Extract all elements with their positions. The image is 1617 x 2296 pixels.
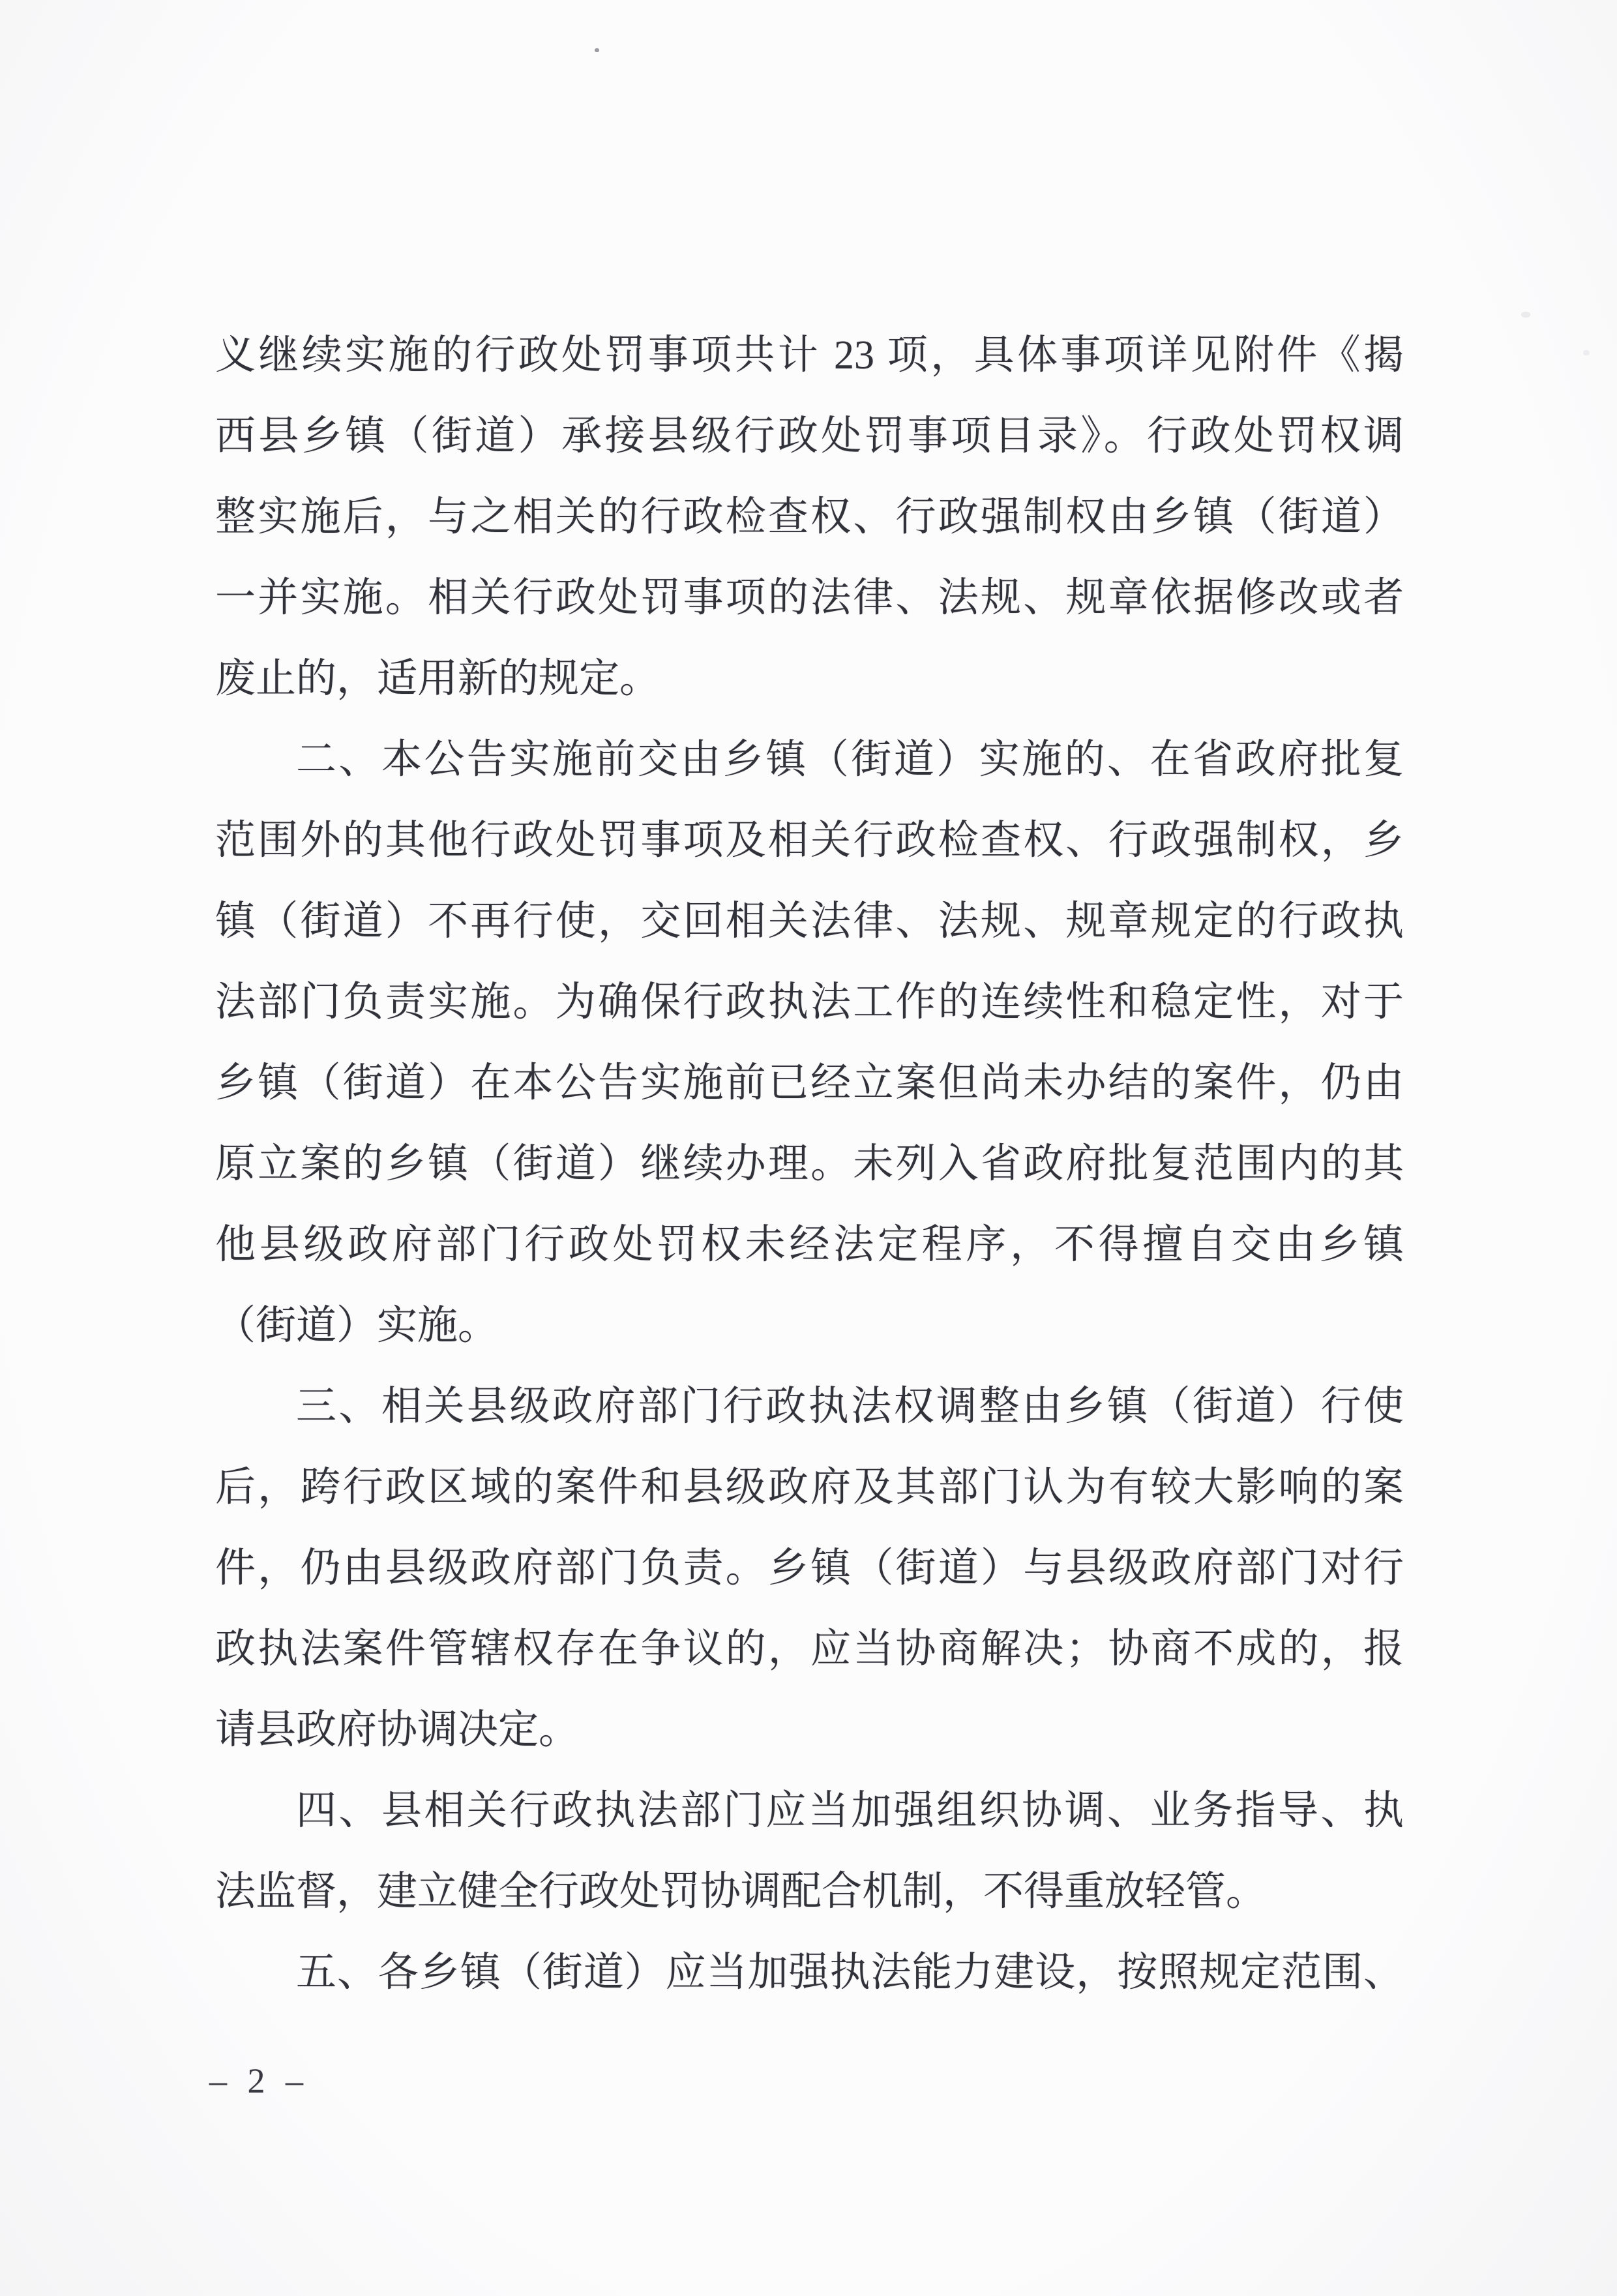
scan-speck — [1521, 312, 1530, 318]
text-line: 范围外的其他行政处罚事项及相关行政检查权、行政强制权，乡 — [215, 800, 1404, 881]
text-line: 政执法案件管辖权存在争议的，应当协商解决；协商不成的，报 — [215, 1609, 1404, 1690]
text-line: 四、县相关行政执法部门应当加强组织协调、业务指导、执 — [215, 1770, 1404, 1851]
document-body-text: 义继续实施的行政处罚事项共计 23 项，具体事项详见附件《揭西县乡镇（街道）承接… — [215, 315, 1404, 2013]
text-line: 后，跨行政区域的案件和县级政府及其部门认为有较大影响的案 — [215, 1447, 1404, 1528]
text-line: 整实施后，与之相关的行政检查权、行政强制权由乡镇（街道） — [215, 477, 1404, 558]
text-line: 他县级政府部门行政处罚权未经法定程序，不得擅自交由乡镇 — [215, 1204, 1404, 1285]
scan-speck — [1583, 350, 1590, 355]
scanned-document-page: 义继续实施的行政处罚事项共计 23 项，具体事项详见附件《揭西县乡镇（街道）承接… — [0, 0, 1617, 2296]
text-line: 请县政府协调决定。 — [215, 1690, 1404, 1770]
page-number: – 2 – — [209, 2061, 309, 2101]
text-line: 五、各乡镇（街道）应当加强执法能力建设，按照规定范围、 — [215, 1932, 1404, 2013]
text-line: 镇（街道）不再行使，交回相关法律、法规、规章规定的行政执 — [215, 881, 1404, 962]
text-line: 二、本公告实施前交由乡镇（街道）实施的、在省政府批复 — [215, 719, 1404, 800]
text-line: （街道）实施。 — [215, 1285, 1404, 1366]
text-line: 乡镇（街道）在本公告实施前已经立案但尚未办结的案件，仍由 — [215, 1043, 1404, 1124]
text-line: 法监督，建立健全行政处罚协调配合机制，不得重放轻管。 — [215, 1851, 1404, 1932]
text-line: 原立案的乡镇（街道）继续办理。未列入省政府批复范围内的其 — [215, 1124, 1404, 1204]
text-line: 义继续实施的行政处罚事项共计 23 项，具体事项详见附件《揭 — [215, 315, 1404, 396]
text-line: 件，仍由县级政府部门负责。乡镇（街道）与县级政府部门对行 — [215, 1528, 1404, 1609]
text-line: 一并实施。相关行政处罚事项的法律、法规、规章依据修改或者 — [215, 558, 1404, 638]
text-line: 法部门负责实施。为确保行政执法工作的连续性和稳定性，对于 — [215, 962, 1404, 1043]
text-line: 西县乡镇（街道）承接县级行政处罚事项目录》。行政处罚权调 — [215, 396, 1404, 477]
text-line: 三、相关县级政府部门行政执法权调整由乡镇（街道）行使 — [215, 1366, 1404, 1447]
scan-speck — [595, 48, 599, 52]
text-line: 废止的，适用新的规定。 — [215, 638, 1404, 719]
